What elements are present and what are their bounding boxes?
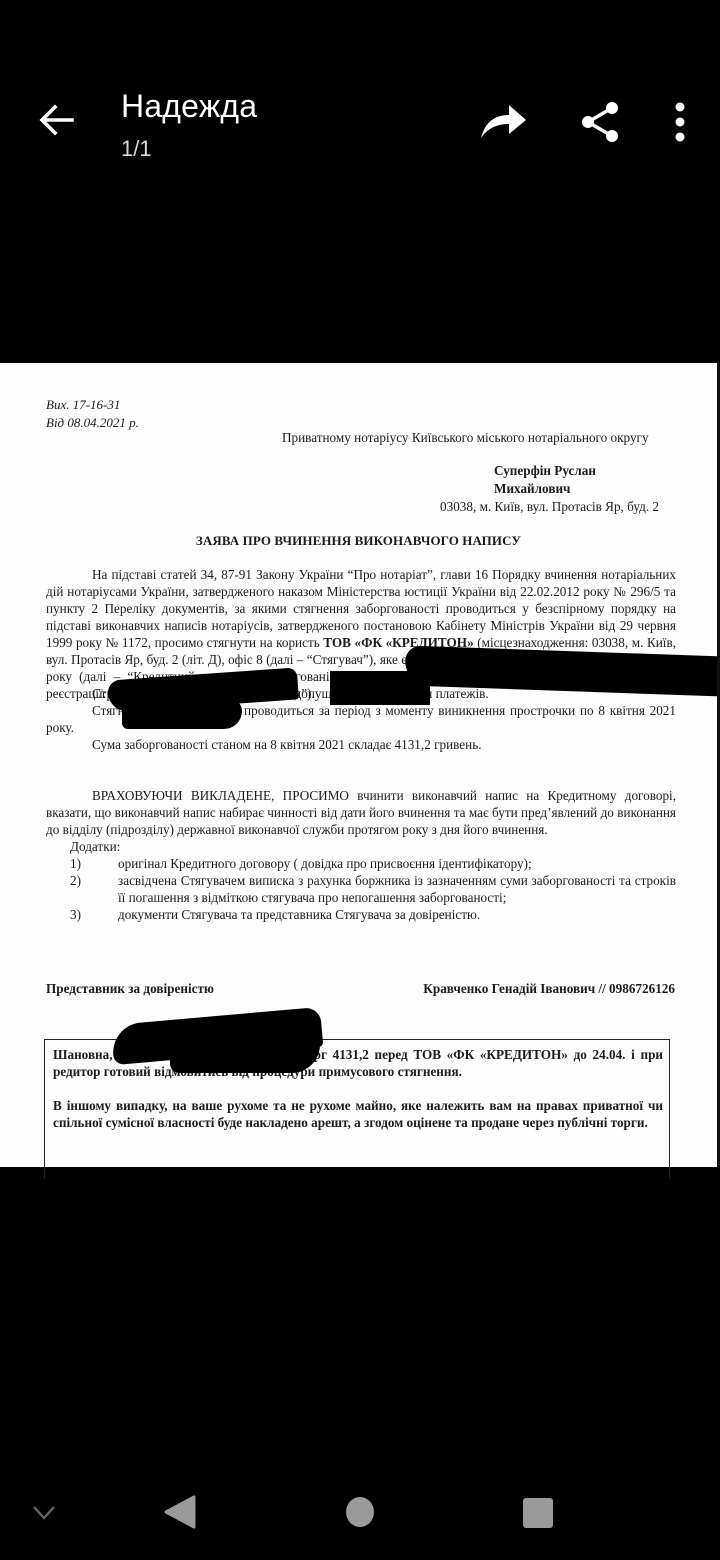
arrow-left-icon [34,98,78,142]
list-item: 1)оригінал Кредитного договору ( довідка… [46,855,676,872]
list-number: 1) [46,855,118,872]
list-text: оригінал Кредитного договору ( довідка п… [118,855,676,872]
chevron-down-icon [30,1500,58,1524]
more-vertical-icon [658,100,702,144]
document-title: ЗАЯВА ПРО ВЧИНЕННЯ ВИКОНАВЧОГО НАПИСУ [0,532,717,549]
document-image[interactable]: Вих. 17-16-31 Від 08.04.2021 р. Приватно… [0,363,717,1167]
notary-name: Суперфін Руслан Михайлович [494,462,596,498]
reference-block: Вих. 17-16-31 Від 08.04.2021 р. [46,396,139,432]
nav-back-triangle-icon [163,1494,197,1530]
more-options-button[interactable] [658,100,706,144]
notice-paragraph-2: В іншому випадку, на ваше рухоме та не р… [53,1097,663,1131]
reference-date: Від 08.04.2021 р. [46,414,139,432]
nav-recents-square-icon [521,1496,555,1530]
back-button[interactable] [34,98,78,142]
forward-button[interactable] [479,100,527,144]
list-item: 2)засвідчена Стягувачем виписка з рахунк… [46,872,676,906]
share-icon [577,100,625,144]
representative-label: Представник за довіреністю [46,980,214,997]
system-nav-bar [0,1470,720,1560]
paragraph-request: ВРАХОВУЮЧИ ВИКЛАДЕНЕ, ПРОСИМО вчинити ви… [46,787,676,838]
representative-name: Кравченко Генадій Іванович // 0986726126 [423,980,675,997]
attachments-list: 1)оригінал Кредитного договору ( довідка… [46,855,676,923]
nav-back-button[interactable] [163,1494,197,1535]
app-bar: Надежда 1/1 [0,0,720,200]
notary-name-line1: Суперфін Руслан [494,462,596,480]
notice-greeting: Шановна, [53,1047,113,1062]
forward-arrow-icon [479,100,527,144]
hide-keyboard-button[interactable] [30,1500,58,1529]
redaction-mark [330,671,430,705]
list-text: документи Стягувача та представника Стяг… [118,906,676,923]
nav-recents-button[interactable] [521,1496,555,1535]
list-number: 2) [46,872,118,906]
nav-home-circle-icon [344,1494,376,1530]
notary-address: 03038, м. Київ, вул. Протасів Яр, буд. 2 [440,498,659,515]
nav-home-button[interactable] [344,1494,376,1535]
redaction-mark [170,1035,320,1073]
redaction-mark [122,699,242,729]
list-number: 3) [46,906,118,923]
paragraph-debt-amount: Сума заборгованості станом на 8 квітня 2… [46,736,676,753]
list-item: 3)документи Стягувача та представника Ст… [46,906,676,923]
list-text: засвідчена Стягувачем виписка з рахунка … [118,872,676,906]
recipient: Приватному нотаріусу Київського міського… [282,429,649,446]
notary-name-line2: Михайлович [494,480,596,498]
conversation-title: Надежда [121,88,257,125]
attachments-heading: Додатки: [70,838,120,855]
share-button[interactable] [577,100,625,144]
image-counter: 1/1 [121,136,152,162]
reference-number: Вих. 17-16-31 [46,396,139,414]
